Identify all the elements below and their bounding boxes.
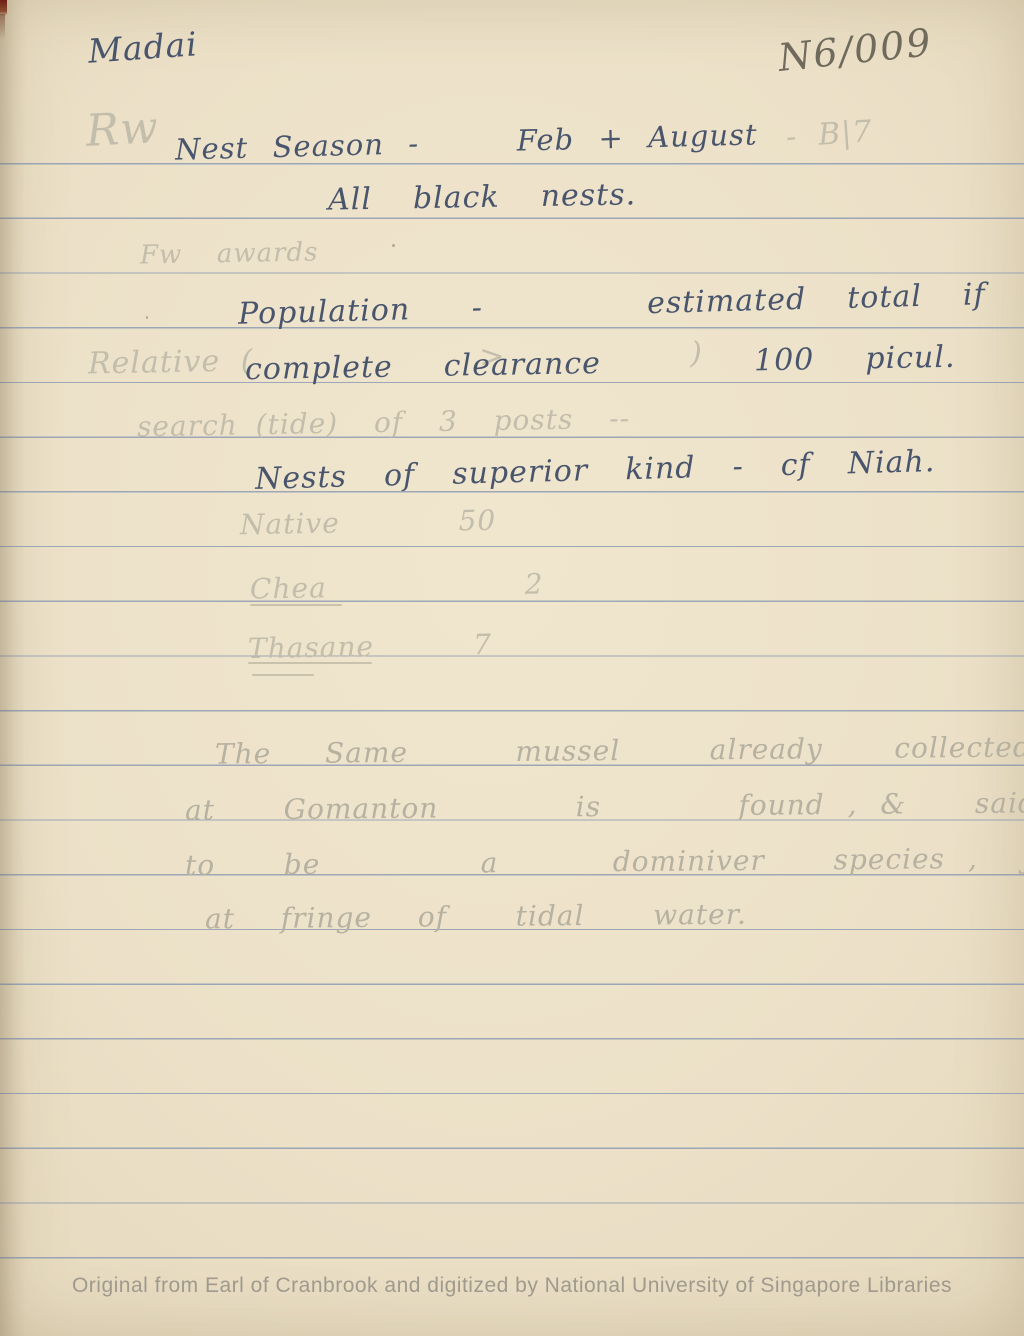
ghost-underline bbox=[252, 674, 314, 676]
ghost-pencil-paragraph-line: to be a dominiver species , just bbox=[185, 843, 1024, 882]
ghost-pencil-table-row: Thasane 7 bbox=[248, 630, 492, 665]
ghost-pencil-fraction: - B|7 bbox=[785, 115, 874, 154]
ghost-pencil-table-row: Chea 2 bbox=[250, 569, 544, 605]
ghost-pencil-paragraph-line: at Gomanton is found , & said bbox=[185, 788, 1024, 826]
ghost-underline bbox=[250, 604, 342, 606]
dust-speck bbox=[566, 368, 569, 371]
note-black-nests: All black nests. bbox=[328, 178, 637, 216]
ghost-pencil-paragraph-line: at fringe of tidal water. bbox=[205, 900, 747, 936]
binding-smudge bbox=[0, 14, 5, 40]
ruled-lines bbox=[0, 163, 1024, 1259]
ghost-pencil-paragraph-line: The Same mussel already collected bbox=[215, 732, 1024, 770]
digitization-credit: Original from Earl of Cranbrook and digi… bbox=[0, 1274, 1024, 1298]
note-superior-kind: Nests of superior kind - cf Niah. bbox=[255, 445, 936, 496]
page-spine-shadow bbox=[0, 0, 26, 1336]
ghost-pencil-line: search (tide) of 3 posts -- bbox=[137, 404, 631, 443]
ghost-underline bbox=[248, 662, 372, 664]
ghost-pencil-table-row: Native 50 bbox=[240, 506, 497, 541]
catalog-number: N6/009 bbox=[776, 22, 934, 80]
ghost-pencil-heading: Rw bbox=[85, 104, 160, 156]
dust-speck bbox=[146, 316, 148, 319]
location-title: Madai bbox=[87, 26, 199, 70]
dust-speck bbox=[392, 244, 395, 247]
note-nest-season: Nest Season - Feb + August bbox=[175, 119, 758, 166]
ghost-pencil-line: Fw awards bbox=[140, 238, 319, 270]
scanned-notebook-page: Rw - B|7 Fw awards Relative ( > ) search… bbox=[0, 0, 1024, 1336]
note-population-1: Population - estimated total if bbox=[238, 278, 986, 331]
